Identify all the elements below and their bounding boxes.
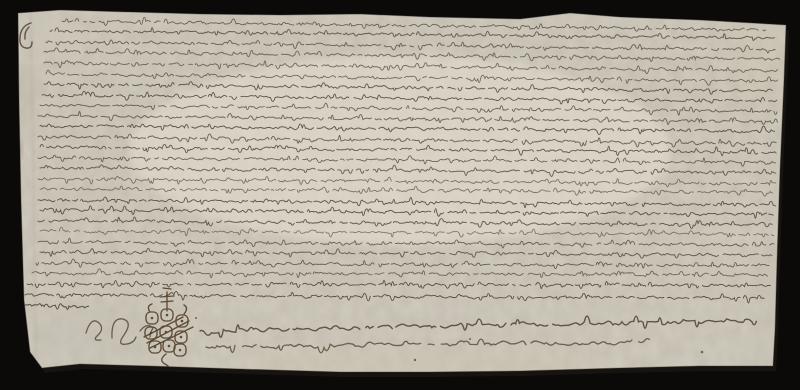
parchment-document (0, 0, 800, 390)
paper-stain (752, 240, 788, 360)
notarial-berry-dot (166, 314, 169, 317)
paper-stain (28, 18, 92, 62)
notarial-berry-dot (151, 317, 154, 320)
notarial-berry-dot (168, 345, 171, 348)
parchment-surface (0, 0, 800, 390)
ink-speck (701, 351, 704, 354)
paper-stain (12, 141, 20, 157)
ink-speck (195, 317, 197, 319)
notarial-berry-dot (180, 336, 183, 339)
notarial-berry-dot (179, 349, 182, 352)
manuscript-photo (0, 0, 800, 390)
ink-speck (414, 359, 416, 361)
paper-stain (230, 346, 610, 372)
paper-stain (11, 157, 17, 165)
notarial-berry-dot (181, 320, 184, 323)
paper-stain (33, 306, 157, 358)
paper-stain (130, 55, 670, 245)
ink-speck (469, 338, 471, 340)
